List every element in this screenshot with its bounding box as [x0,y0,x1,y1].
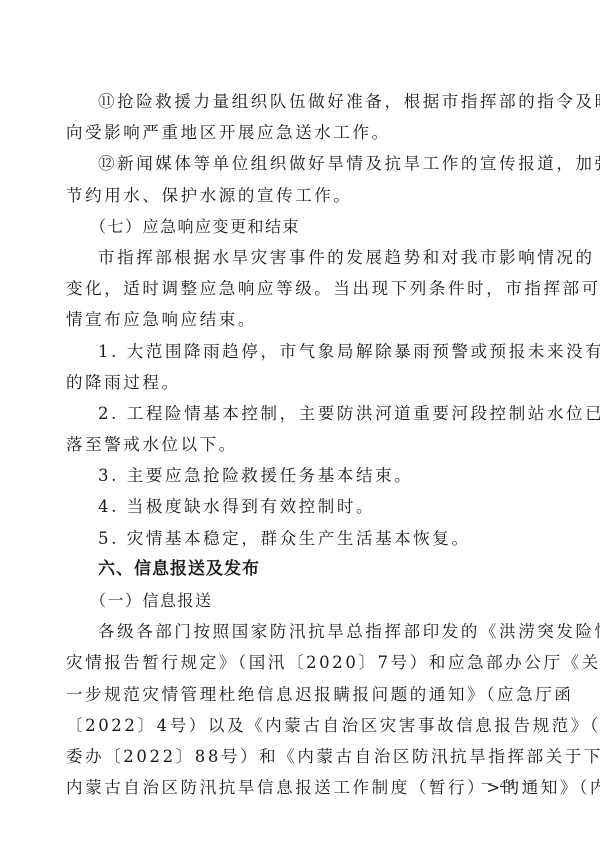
list-item-4: 4. 当极度缺水得到有效控制时。 [66,491,528,522]
text-line: 向受影响严重地区开展应急送水工作。 [66,117,528,148]
text-line: 各级各部门按照国家防汛抗旱总指挥部印发的《洪涝突发险情 [66,616,528,647]
text-line: ⑫新闻媒体等单位组织做好旱情及抗旱工作的宣传报道，加强 [66,148,528,179]
text-line: 一步规范灾情管理杜绝信息迟报瞒报问题的通知》（应急厅函 [66,679,528,710]
list-item-3: 3. 主要应急抢险救援任务基本结束。 [66,460,528,491]
text-line: 内蒙古自治区防汛抗旱信息报送工作制度（暂行）>的通知》（内汛 [66,772,528,803]
text-line: ⑪抢险救援力量组织队伍做好准备，根据市指挥部的指令及时 [66,86,528,117]
text-line: 落至警戒水位以下。 [66,429,528,460]
text-line: 委办〔2022〕88号）和《内蒙古自治区防汛抗旱指挥部关于下发< [66,741,528,772]
document-page: ⑪抢险救援力量组织队伍做好准备，根据市指挥部的指令及时 向受影响严重地区开展应急… [66,86,528,803]
text-line: 变化，适时调整应急响应等级。当出现下列条件时，市指挥部可视 [66,273,528,304]
text-line: 〔2022〕4号）以及《内蒙古自治区灾害事故信息报告规范》（内安 [66,710,528,741]
list-item-2: 2. 工程险情基本控制，主要防洪河道重要河段控制站水位已回 [66,398,528,429]
text-line: 节约用水、保护水源的宣传工作。 [66,180,528,211]
text-line: 市指挥部根据水旱灾害事件的发展趋势和对我市影响情况的 [66,242,528,273]
page-number: － 49 － [480,774,535,794]
section-heading-emergency-response-change: （七）应急响应变更和结束 [66,211,528,242]
text-line: 情宣布应急响应结束。 [66,304,528,335]
section-heading-info-submission: （一）信息报送 [66,585,528,616]
list-item-1: 1. 大范围降雨趋停，市气象局解除暴雨预警或预报未来没有大 [66,336,528,367]
chapter-heading-info-reporting: 六、信息报送及发布 [66,554,528,585]
text-line: 灾情报告暂行规定》（国汛〔2020〕7号）和应急部办公厅《关于进 [66,647,528,678]
text-line: 的降雨过程。 [66,367,528,398]
list-item-5: 5. 灾情基本稳定，群众生产生活基本恢复。 [66,523,528,554]
